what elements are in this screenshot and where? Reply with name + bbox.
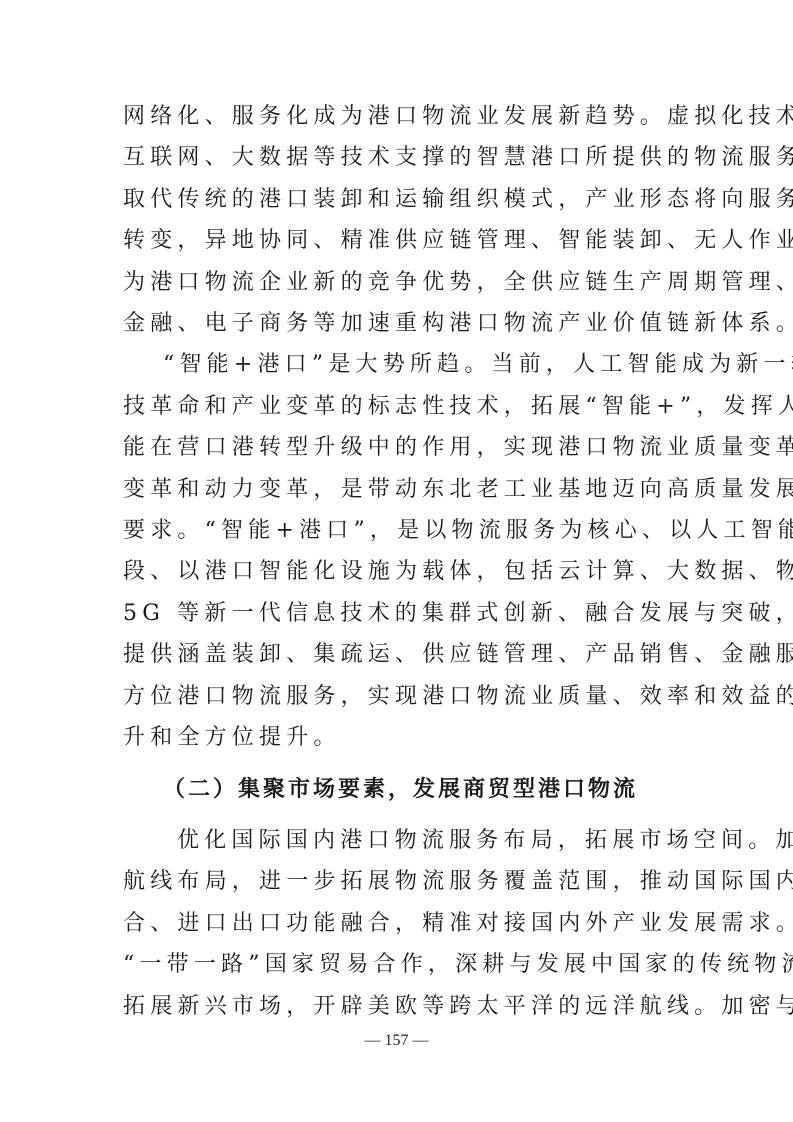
text-line: 金融、电子商务等加速重构港口物流产业价值链新体系。 [123, 303, 675, 344]
paragraph-market-layout: 优化国际国内港口物流服务布局，拓展市场空间。加密全球 航线布局，进一步拓展物流服… [123, 820, 675, 1027]
section-heading: （二）集聚市场要素，发展商贸型港口物流 [123, 759, 675, 820]
text-line: 技革命和产业变革的标志性技术，拓展“智能+”，发挥人工智 [123, 386, 675, 427]
document-page: 网络化、服务化成为港口物流业发展新趋势。虚拟化技术、工业 互联网、大数据等技术支… [123, 96, 675, 1027]
text-line: 合、进口出口功能融合，精准对接国内外产业发展需求。加强与 [123, 903, 675, 944]
text-line: 互联网、大数据等技术支撑的智慧港口所提供的物流服务将逐步 [123, 137, 675, 178]
text-line: 优化国际国内港口物流服务布局，拓展市场空间。加密全球 [123, 820, 675, 861]
paragraph-smart-port: “智能+港口”是大势所趋。当前，人工智能成为新一轮科 技革命和产业变革的标志性技… [123, 344, 675, 758]
text-line: 转变，异地协同、精准供应链管理、智能装卸、无人作业等将成 [123, 220, 675, 261]
text-line: 方位港口物流服务，实现港口物流业质量、效率和效益的全面提 [123, 676, 675, 717]
text-line: 要求。“智能+港口”，是以物流服务为核心、以人工智能为手 [123, 510, 675, 551]
text-line: 为港口物流企业新的竞争优势，全供应链生产周期管理、互联网 [123, 262, 675, 303]
text-line: 网络化、服务化成为港口物流业发展新趋势。虚拟化技术、工业 [123, 96, 675, 137]
page-number: — 157 — [0, 1032, 793, 1050]
text-line: 升和全方位提升。 [123, 717, 675, 758]
text-line: “智能+港口”是大势所趋。当前，人工智能成为新一轮科 [123, 344, 675, 385]
text-line: 提供涵盖装卸、集疏运、供应链管理、产品销售、金融服务等全 [123, 634, 675, 675]
text-line: 拓展新兴市场，开辟美欧等跨太平洋的远洋航线。加密与别雷拉 [123, 986, 675, 1027]
text-line: 5G 等新一代信息技术的集群式创新、融合发展与突破，为产业 [123, 593, 675, 634]
text-line: “一带一路”国家贸易合作，深耕与发展中国家的传统物流服务， [123, 944, 675, 985]
text-line: 变革和动力变革，是带动东北老工业基地迈向高质量发展的必然 [123, 469, 675, 510]
text-line: 取代传统的港口装卸和运输组织模式，产业形态将向服务型物流 [123, 179, 675, 220]
text-line: 能在营口港转型升级中的作用，实现港口物流业质量变革、效率 [123, 427, 675, 468]
paragraph-continuation: 网络化、服务化成为港口物流业发展新趋势。虚拟化技术、工业 互联网、大数据等技术支… [123, 96, 675, 344]
text-line: 段、以港口智能化设施为载体，包括云计算、大数据、物联网、 [123, 551, 675, 592]
text-line: 航线布局，进一步拓展物流服务覆盖范围，推动国际国内市场融 [123, 861, 675, 902]
